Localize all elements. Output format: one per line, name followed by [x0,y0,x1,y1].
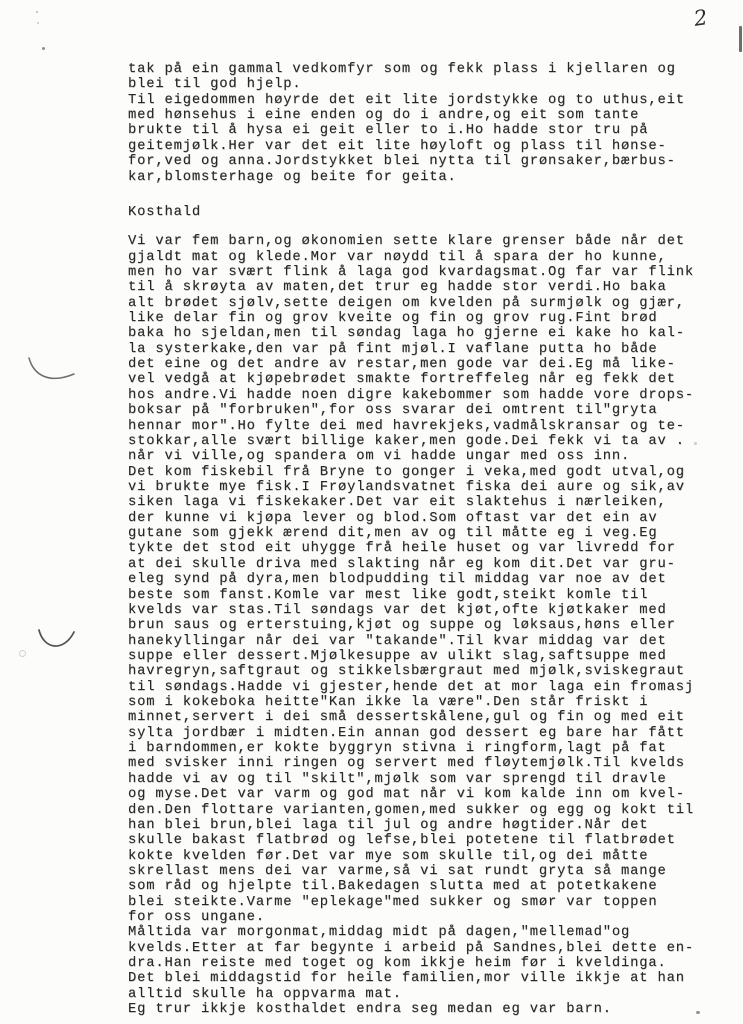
text-line: tykte det stod eit uhygge frå heile huse… [128,541,742,556]
text-line: blei steikte.Varme "eplekage"med sukker … [128,895,742,910]
text-line: vel vedgå at kjøpebrødet smakte fortreff… [128,372,742,387]
handwritten-margin-mark-upper [24,350,80,390]
text-line: i barndommen,er kokte byggryn stivna i r… [128,741,742,756]
text-line: Det kom fiskebil frå Bryne to gonger i v… [128,465,742,480]
text-line: han blei brun,blei laga til jul og andre… [128,818,742,833]
text-line: suppe eller dessert.Mjølkesuppe av ulikt… [128,649,742,664]
text-line: og myse.Det var varm og god mat når vi k… [128,787,742,802]
text-line: alltid skulle ha oppvarma mat. [128,987,742,1002]
text-line: minnet,servert i dei små dessertskålene,… [128,710,742,725]
text-line: la systerkake,den var på fint mjøl.I vaf… [128,342,742,357]
text-line: den.Den flottare varianten,gomen,med suk… [128,803,742,818]
text-line: kvelds.Etter at far begynte i arbeid på … [128,941,742,956]
text-line: blei til god hjelp. [128,77,742,92]
text-line: Eg trur ikkje kosthaldet endra seg medan… [128,1002,742,1017]
text-line: det eine og det andre av restar,men gode… [128,357,742,372]
scan-speck [696,1011,700,1014]
text-line: gjaldt mat og klede.Mor var nøydd til å … [128,250,742,265]
text-line: skulle bakast flatbrød og lefse,blei pot… [128,833,742,848]
intro-paragraph: tak på ein gammal vedkomfyr som og fekk … [128,62,742,185]
text-line: alt brødet sjølv,sette deigen om kvelden… [128,296,742,311]
text-line: kokte kvelden før.Det var mye som skulle… [128,849,742,864]
text-line: havregryn,saftgraut og stikkelsbærgraut … [128,664,742,679]
text-line: Vi var fem barn,og økonomien sette klare… [128,234,742,249]
document-page: tak på ein gammal vedkomfyr som og fekk … [0,0,743,1024]
text-line: hanekyllingar når dei var "takande".Til … [128,634,742,649]
scan-speck [19,650,26,657]
scan-speck [42,47,45,50]
text-line: tak på ein gammal vedkomfyr som og fekk … [128,62,742,77]
section-heading: Kosthald [128,205,742,220]
scan-edge-mark [739,26,742,52]
text-line: at dei skulle driva med slakting når eg … [128,557,742,572]
text-line: hos andre.Vi hadde noen digre kakebommer… [128,388,742,403]
text-line: brukte til å hysa ei geit eller to i.Ho … [128,123,742,138]
scan-speck [37,22,39,24]
text-line: hennar mor".Ho fylte dei med havrekjeks,… [128,419,742,434]
text-line: som i kokeboka heitte"Kan ikke la være".… [128,695,742,710]
text-line: der kunne vi kjøpa lever og blod.Som oft… [128,511,742,526]
handwritten-page-number: 2 [692,5,709,31]
text-line: sylta jordbær i midten.Ein annan god des… [128,726,742,741]
text-line: Måltida var morgonmat,middag midt på dag… [128,925,742,940]
text-column: tak på ein gammal vedkomfyr som og fekk … [128,62,742,1018]
text-line: brun saus og erterstuing,kjøt og suppe o… [128,618,742,633]
text-line: til søndags.Hadde vi gjester,hende det a… [128,680,742,695]
text-line: like delar fin og grov kveite og fin og … [128,311,742,326]
kosthald-paragraph: Vi var fem barn,og økonomien sette klare… [128,234,742,1017]
text-line: kvelds var stas.Til søndags var det kjøt… [128,603,742,618]
text-line: siken laga vi fiskekaker.Det var eit sla… [128,495,742,510]
text-line: beste som fanst.Komle var mest like godt… [128,588,742,603]
text-line: Det blei middagstid for heile familien,m… [128,971,742,986]
text-line: Kosthald [128,205,742,220]
scan-speck [36,11,38,13]
text-line: skrellast mens dei var varme,så vi sat r… [128,864,742,879]
text-line: med hønsehus i eine enden og do i andre,… [128,108,742,123]
text-line: når vi ville,og spandera om vi hadde ung… [128,449,742,464]
text-line: hadde vi av og til "skilt",mjølk som var… [128,772,742,787]
text-line: eleg synd på dyra,men blodpudding til mi… [128,572,742,587]
text-line: kar,blomsterhage og beite for geita. [128,170,742,185]
text-line: dra.Han reiste med toget og kom ikkje he… [128,956,742,971]
handwritten-margin-mark-lower [36,624,78,658]
text-line: baka ho sjeldan,men til søndag laga ho g… [128,326,742,341]
text-line: som råd og hjelpte til.Bakedagen slutta … [128,879,742,894]
text-line: for oss ungane. [128,910,742,925]
text-line: men ho var svært flink å laga god kvarda… [128,265,742,280]
text-line: gutane som gjekk ærend dit,men av og til… [128,526,742,541]
scan-speck [694,442,697,445]
text-line: med svisker inni ringen og servert med f… [128,756,742,771]
text-line: Til eigedommen høyrde det eit lite jords… [128,93,742,108]
text-line: vi brukte mye fisk.I Frøylandsvatnet fis… [128,480,742,495]
text-line: for,ved og anna.Jordstykket blei nytta t… [128,154,742,169]
text-line: til å skrøyta av maten,det trur eg hadde… [128,280,742,295]
text-line: stokkar,alle svært billige kaker,men god… [128,434,742,449]
text-line: geitemjølk.Her var det eit lite høyloft … [128,139,742,154]
text-line: boksar på "forbruken",for oss svarar dei… [128,403,742,418]
